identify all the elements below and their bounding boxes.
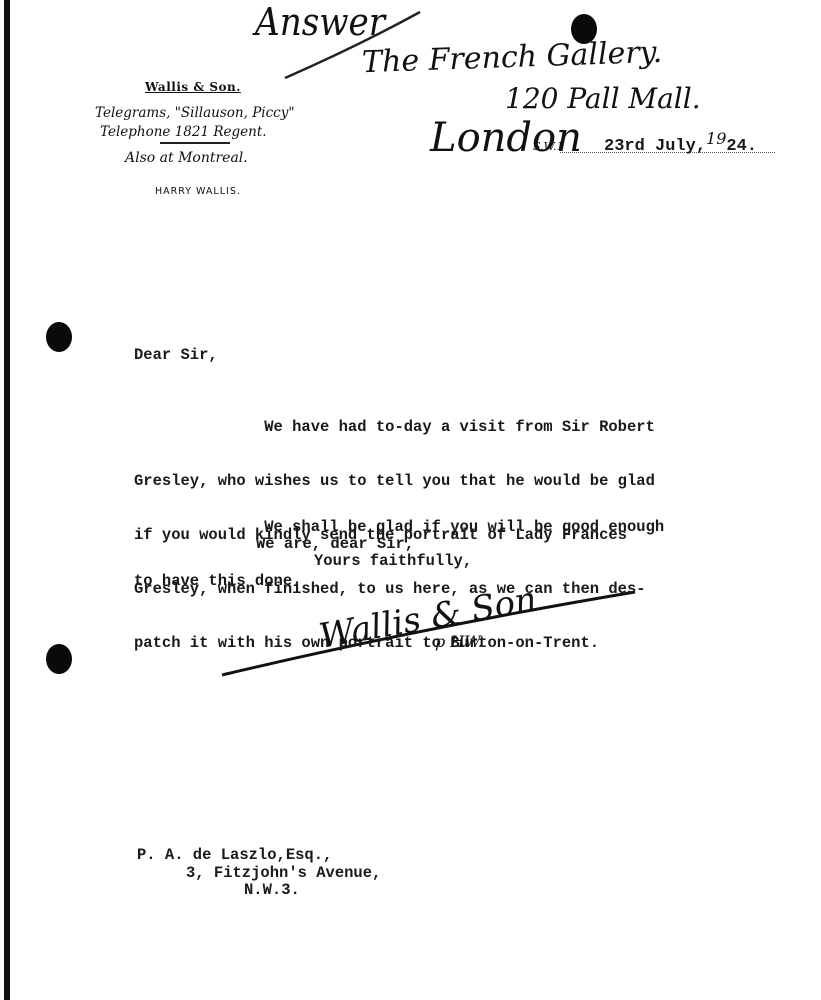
year-suffix: 24. — [726, 137, 757, 156]
postal-district: S.W.1 — [533, 140, 564, 153]
letter-date: 23rd July,1924. — [604, 136, 757, 156]
telegrams-line: Telegrams, "Sillauson, Piccy" — [95, 105, 295, 121]
gallery-city: London — [430, 115, 582, 161]
year-prefix: 19 — [706, 129, 726, 148]
recipient-street: 3, Fitzjohn's Avenue, — [186, 864, 381, 882]
salutation: Dear Sir, — [134, 346, 218, 364]
firm-name: Wallis & Son. — [145, 80, 241, 94]
telephone-line: Telephone 1821 Regent. — [100, 124, 267, 140]
closing-line-2: Yours faithfully, — [314, 552, 472, 570]
recipient-name: P. A. de Laszlo,Esq., — [137, 846, 332, 864]
paragraph-line: We have had to-day a visit from Sir Robe… — [134, 418, 655, 436]
gallery-address: 120 Pall Mall. — [505, 82, 701, 115]
proprietor-name: HARRY WALLIS. — [155, 186, 241, 197]
recipient-district: N.W.3. — [244, 881, 300, 899]
closing-line-1: We are, dear Sir, — [256, 535, 414, 553]
signature-initials: p HW. — [435, 632, 483, 651]
paragraph-line: to have this done. — [134, 572, 664, 590]
handwritten-annotation: Answer — [255, 0, 385, 44]
date-day-month: 23rd July, — [604, 137, 706, 156]
letterhead-rule — [160, 142, 230, 144]
branch-line: Also at Montreal. — [125, 150, 248, 166]
paragraph-line: We shall be glad if you will be good eno… — [134, 518, 664, 536]
